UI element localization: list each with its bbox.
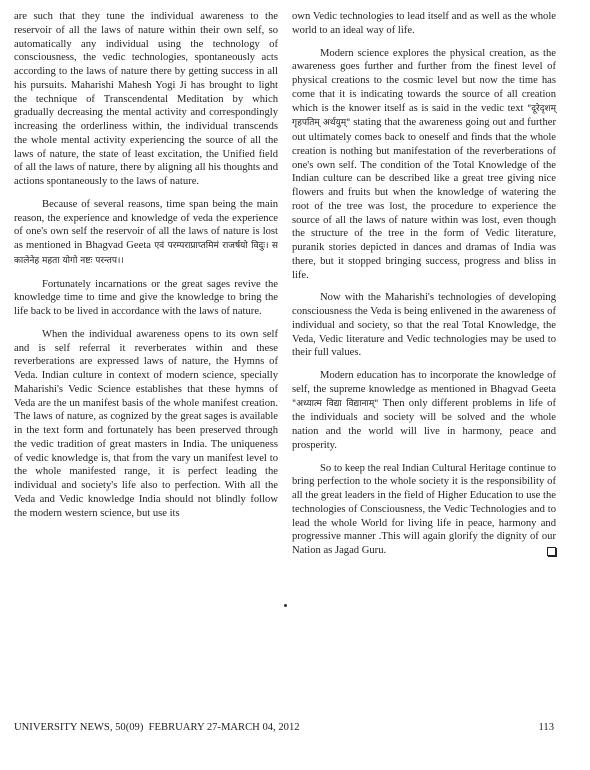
paragraph: Modern education has to incorporate the …: [292, 369, 556, 453]
paragraph: own Vedic technologies to lead itself an…: [292, 10, 556, 38]
geeta-quote: "अध्यात्म विद्या विद्यानाम्": [292, 399, 378, 409]
paragraph: Fortunately incarnations or the great sa…: [14, 278, 278, 319]
left-column: are such that they tune the individual a…: [14, 10, 278, 529]
right-column: own Vedic technologies to lead itself an…: [292, 10, 556, 567]
paragraph: When the individual awareness opens to i…: [14, 328, 278, 521]
paragraph-text: Modern science explores the physical cre…: [292, 48, 556, 114]
paragraph-text: So to keep the real Indian Cultural Heri…: [292, 463, 556, 557]
page-number: 113: [539, 722, 555, 733]
paragraph: Because of several reasons, time span be…: [14, 198, 278, 269]
page-footer: UNIVERSITY NEWS, 50(09) FEBRUARY 27-MARC…: [14, 722, 554, 733]
paragraph-text: stating that the awareness going out and…: [292, 117, 556, 280]
paragraph: Modern science explores the physical cre…: [292, 47, 556, 283]
paragraph: So to keep the real Indian Cultural Heri…: [292, 462, 556, 558]
publication-info: UNIVERSITY NEWS, 50(09) FEBRUARY 27-MARC…: [14, 722, 300, 733]
end-of-article-icon: [547, 547, 556, 556]
paragraph: are such that they tune the individual a…: [14, 10, 278, 189]
paragraph: Now with the Maharishi's technologies of…: [292, 291, 556, 360]
stray-dot: [284, 604, 287, 607]
paragraph-text: Modern education has to incorporate the …: [292, 370, 556, 395]
